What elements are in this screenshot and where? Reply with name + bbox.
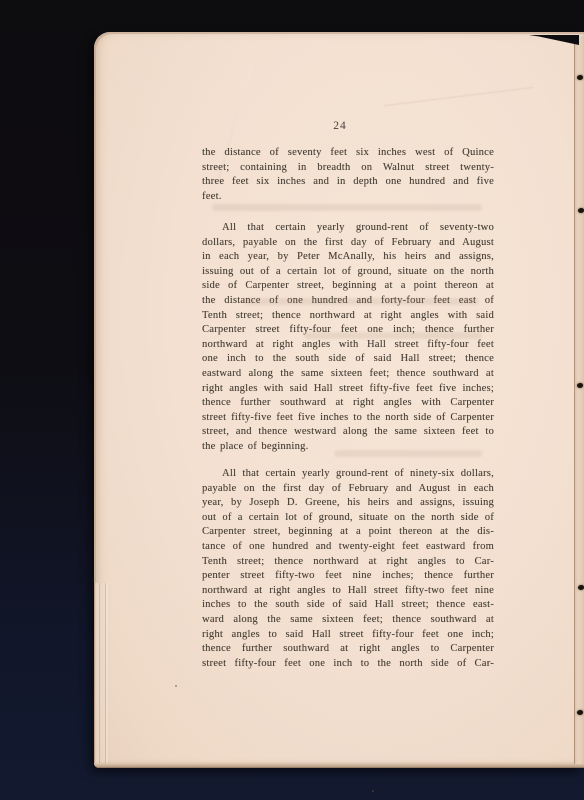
text-line: thence further southward at right angles…	[202, 642, 494, 657]
binding-hole	[578, 208, 584, 213]
text-line: street fifty-four feet one inch to the n…	[202, 657, 494, 672]
text-line: Tenth street; thence northward at right …	[202, 309, 494, 324]
text-line: one inch to the south side of said Hall …	[202, 352, 494, 367]
text-line: in each year, by Peter McAnally, his hei…	[202, 250, 494, 265]
text-line: dollars, payable on the first day of Feb…	[202, 236, 494, 251]
text-line: issuing out of a certain lot of ground, …	[202, 265, 494, 280]
text-line: thence further southward at right angles…	[202, 396, 494, 411]
text-line: out of a certain lot of ground, situate …	[202, 511, 494, 526]
text-line: three feet six inches and in depth one h…	[202, 175, 494, 190]
binding-hole	[577, 75, 583, 80]
text-line: northward at right angles with Hall stre…	[202, 338, 494, 353]
cover-wedge	[529, 35, 579, 45]
text-line: northward at right angles to Hall street…	[202, 584, 494, 599]
text-line: tance of one hundred and twenty-eight fe…	[202, 540, 494, 555]
text-line: payable on the first day of February and…	[202, 482, 494, 497]
text-line: the distance of seventy feet six inches …	[202, 146, 494, 161]
text-line: right angles to said Hall street fifty-f…	[202, 628, 494, 643]
show-through-mark	[244, 298, 479, 305]
text-line: eastward along the same sixteen feet; th…	[202, 367, 494, 382]
text-line: street, and thence westward along the sa…	[202, 425, 494, 440]
text-line: year, by Joseph D. Greene, his heirs and…	[202, 496, 494, 511]
paper-crease	[384, 87, 533, 106]
text-line: side of Carpenter street, beginning at a…	[202, 279, 494, 294]
binding-hole	[577, 383, 583, 388]
paragraph-continuation: the distance of seventy feet six inches …	[202, 146, 494, 204]
page-bottom-edge	[94, 762, 584, 768]
text-line: inches to the south side of said Hall st…	[202, 598, 494, 613]
text-line: right angles with said Hall street fifty…	[202, 382, 494, 397]
dust-speck	[175, 685, 177, 687]
show-through-mark	[212, 204, 482, 211]
text-line: Tenth street; thence northward at right …	[202, 555, 494, 570]
stacked-page-edges	[94, 583, 108, 768]
page-number: 24	[194, 120, 486, 132]
paragraph-ground-rent-greene: All that certain yearly ground-rent of n…	[202, 467, 494, 671]
text-line: street; containing in breadth on Walnut …	[202, 161, 494, 176]
dust-speck	[487, 662, 489, 664]
text-line: street fifty-five feet five inches to th…	[202, 411, 494, 426]
text-line: feet.	[202, 190, 494, 205]
show-through-mark	[334, 450, 482, 457]
text-line: Carpenter street, beginning at a point t…	[202, 525, 494, 540]
text-line: All that certain yearly ground-rent of s…	[202, 221, 494, 236]
text-line: penter street fifty-two feet nine inches…	[202, 569, 494, 584]
text-line: ward along the same sixteen feet; thence…	[202, 613, 494, 628]
binding-hole	[578, 585, 584, 590]
book-page: 24 the distance of seventy feet six inch…	[94, 32, 584, 768]
binding-edge-strip	[574, 36, 584, 764]
dust-speck	[372, 790, 374, 792]
show-through-mark	[304, 332, 482, 339]
binding-hole	[577, 710, 583, 715]
scanner-background: 24 the distance of seventy feet six inch…	[0, 0, 584, 800]
text-line: All that certain yearly ground-rent of n…	[202, 467, 494, 482]
